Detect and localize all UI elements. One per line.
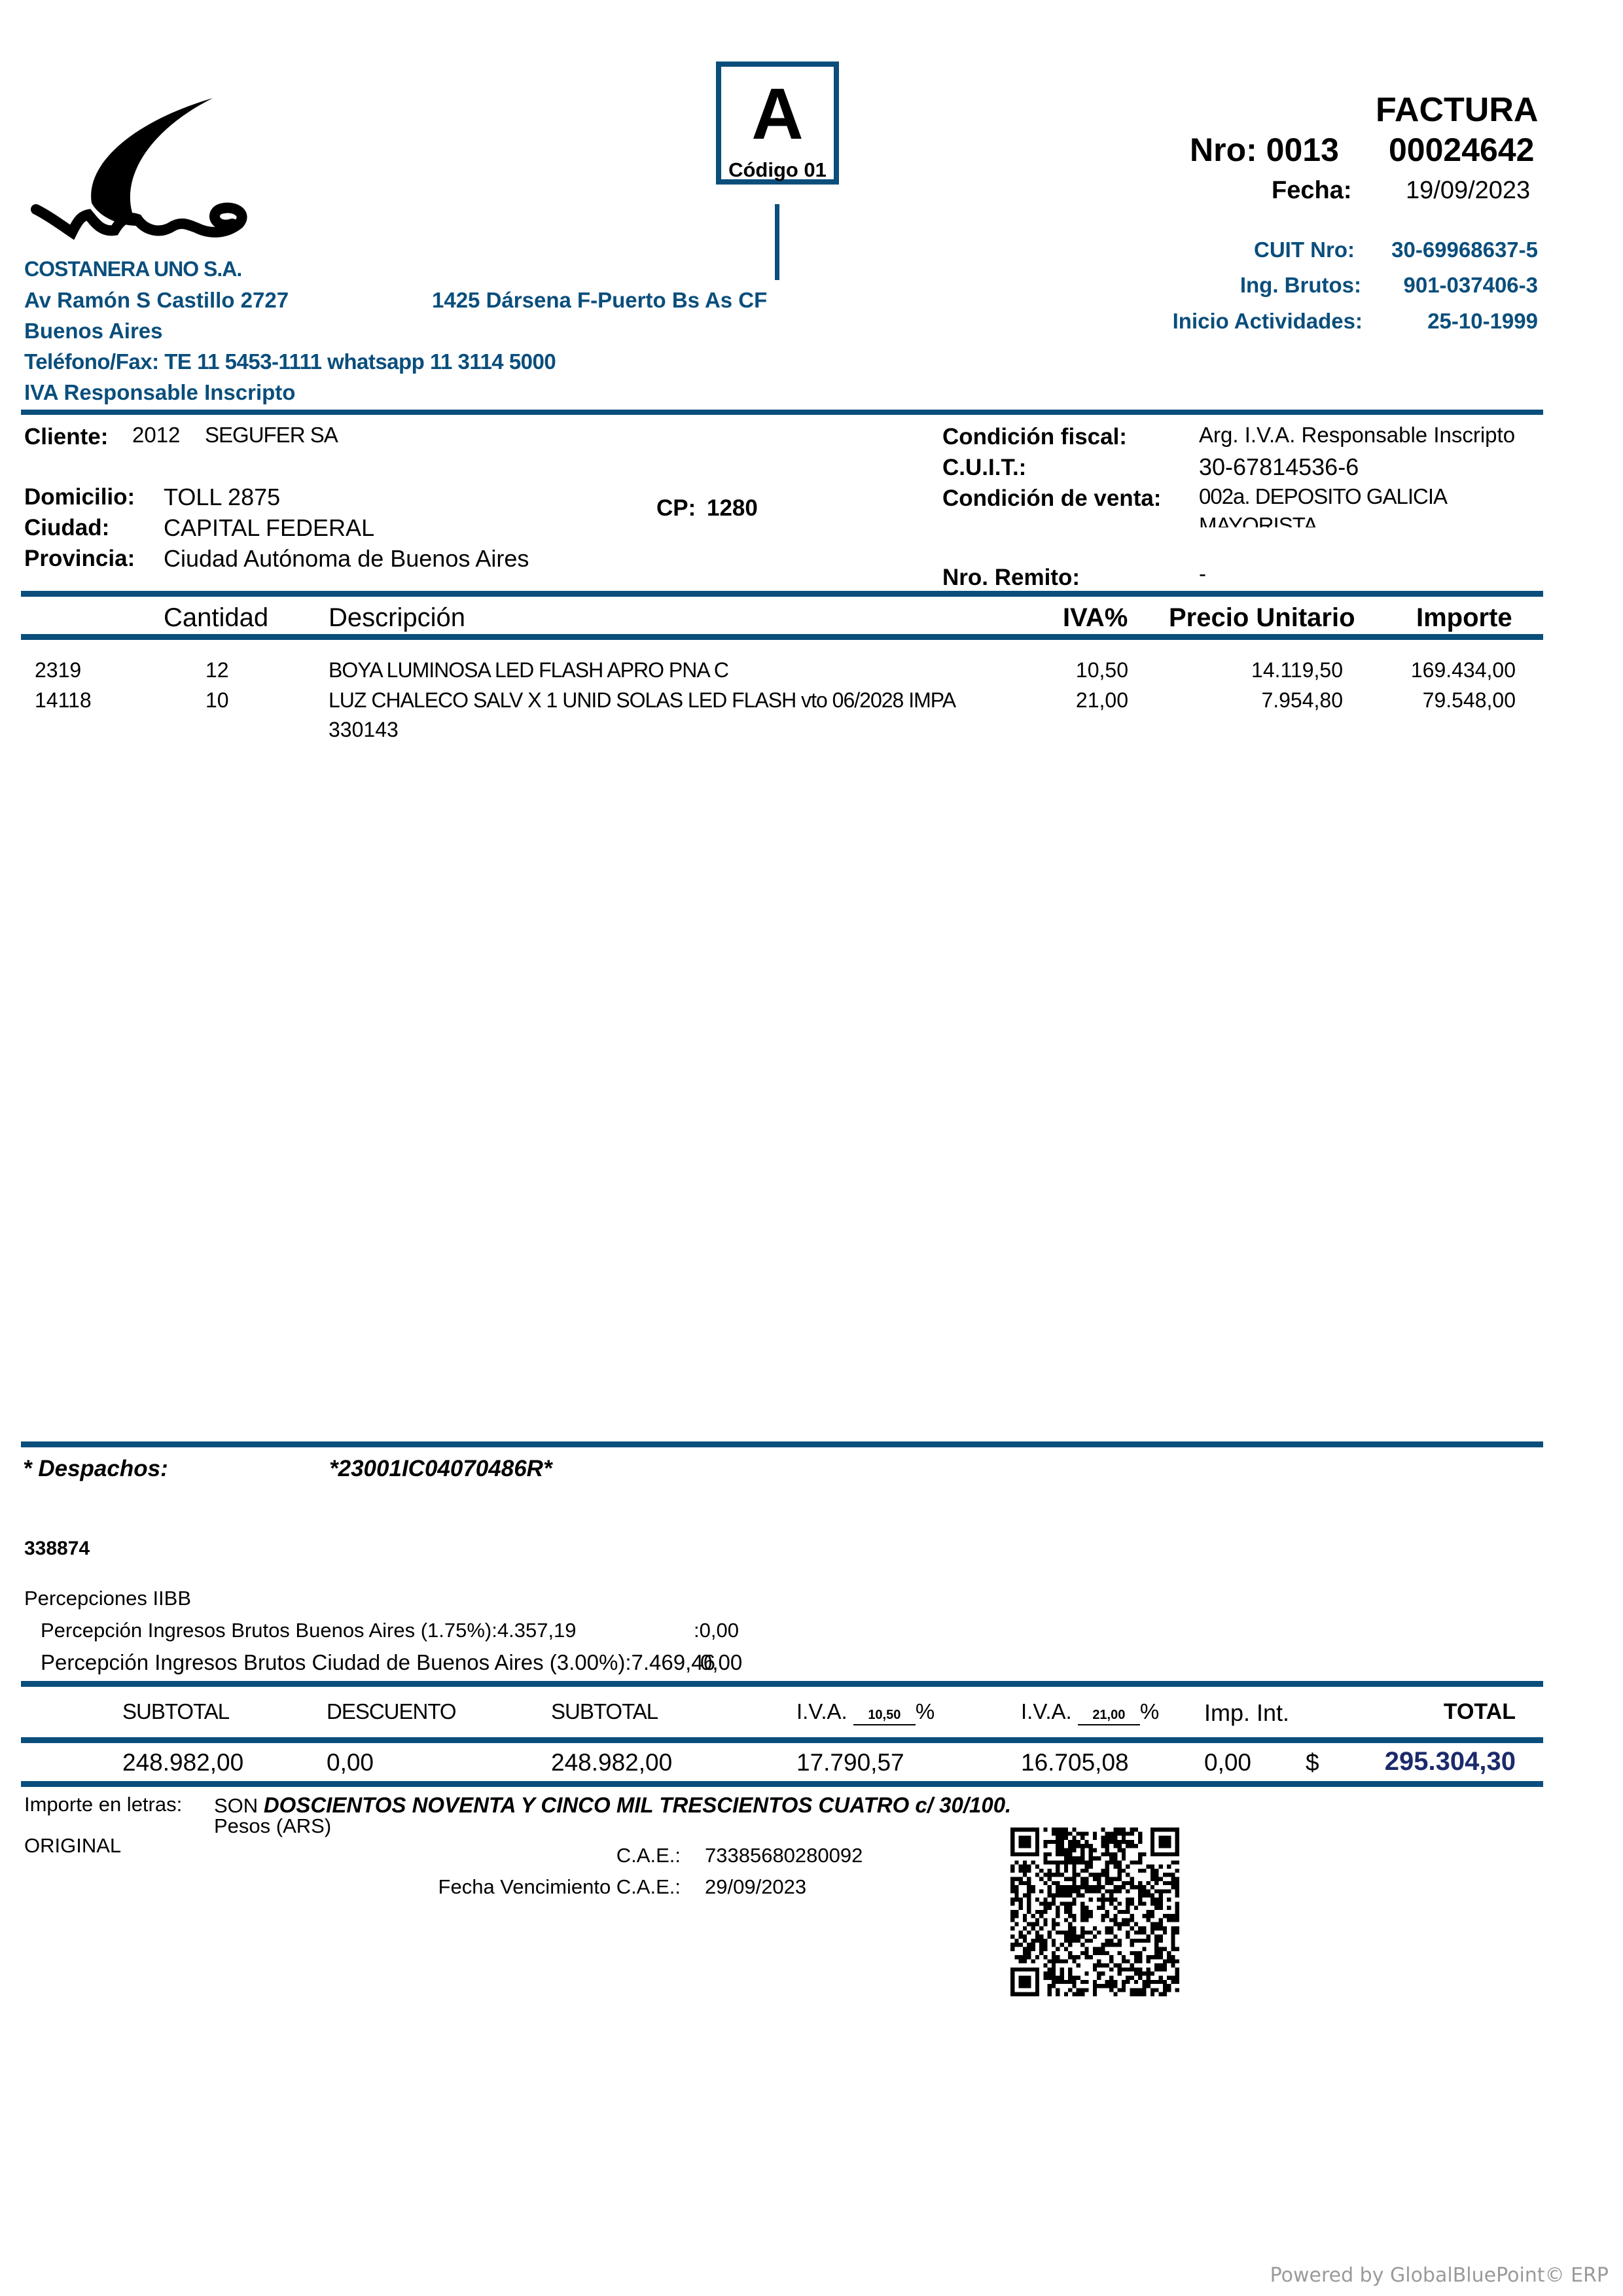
company-iva-condition: IVA Responsable Inscripto (24, 380, 295, 405)
invoice-type-letter: A (721, 79, 834, 150)
client-sale-condition-overflow: MAYORISTA (1199, 513, 1317, 527)
amount-words-currency: Pesos (ARS) (214, 1814, 331, 1838)
perceptions-title: Percepciones IIBB (24, 1587, 191, 1610)
client-code: 2012 (132, 423, 180, 448)
row-iva: 21,00 (1076, 688, 1128, 713)
impint-value: 0,00 (1204, 1749, 1251, 1776)
document-number: 00024642 (1389, 131, 1534, 169)
client-address-label: Domicilio: (24, 484, 135, 510)
iva1-label-text: I.V.A. (796, 1699, 847, 1723)
company-city: Buenos Aires (24, 319, 163, 344)
cae-label: C.A.E.: (616, 1844, 681, 1867)
divider-header (21, 410, 1543, 415)
divider-totals-top (21, 1681, 1543, 1687)
divider-totals-bottom (21, 1781, 1543, 1787)
client-name: SEGUFER SA (205, 423, 338, 448)
client-province: Ciudad Autónoma de Buenos Aires (164, 545, 529, 573)
copy-label: ORIGINAL (24, 1834, 121, 1858)
subtotal2-label: SUBTOTAL (551, 1699, 658, 1724)
divider-vertical (775, 204, 779, 280)
client-city: CAPITAL FEDERAL (164, 514, 374, 542)
issuer-iibb-label: Ing. Brutos: (1240, 273, 1361, 298)
col-importe: Importe (1416, 603, 1512, 633)
invoice-type-code: Código 01 (721, 158, 834, 182)
perception-caba-value: 0,00 (700, 1650, 742, 1675)
company-phone: Teléfono/Fax: TE 11 5453-1111 whatsapp 1… (24, 349, 556, 374)
row-amount: 79.548,00 (1423, 688, 1516, 713)
subtotal-label: SUBTOTAL (122, 1699, 229, 1724)
row-code: 14118 (35, 688, 92, 713)
despachos-label: * Despachos: (23, 1456, 168, 1482)
client-address: TOLL 2875 (164, 484, 280, 511)
amount-words: SON DOSCIENTOS NOVENTA Y CINCO MIL TRESC… (214, 1793, 1011, 1818)
document-point-of-sale: Nro: 0013 (1190, 131, 1339, 169)
discount-label: DESCUENTO (327, 1699, 456, 1724)
client-cp-label: CP: (656, 495, 696, 521)
col-precio: Precio Unitario (1169, 603, 1355, 633)
subtotal2-value: 248.982,00 (551, 1749, 672, 1776)
powered-by: Powered by GlobalBluePoint© ERP (1270, 2264, 1609, 2287)
company-address: Av Ramón S Castillo 2727 (24, 288, 289, 313)
client-fiscal-label: Condición fiscal: (942, 424, 1127, 450)
iva2-pct: % (1140, 1699, 1159, 1723)
client-sale-condition-line2: MAYORISTA (1199, 513, 1317, 527)
iva2-value: 16.705,08 (1021, 1749, 1129, 1776)
document-date-label: Fecha: (1272, 177, 1351, 205)
total-label: TOTAL (1444, 1699, 1516, 1725)
iva2-label-text: I.V.A. (1021, 1699, 1072, 1723)
row-description-cont: 330143 (329, 718, 399, 742)
perception-bsas-value: :0,00 (694, 1619, 739, 1642)
row-description: LUZ CHALECO SALV X 1 UNID SOLAS LED FLAS… (329, 688, 955, 713)
row-description: BOYA LUMINOSA LED FLASH APRO PNA C (329, 658, 728, 682)
client-fiscal: Arg. I.V.A. Responsable Inscripto (1199, 423, 1515, 448)
amount-words-text: DOSCIENTOS NOVENTA Y CINCO MIL TRESCIENT… (264, 1793, 1011, 1817)
table-header-top-rule (21, 591, 1543, 597)
company-name: COSTANERA UNO S.A. (24, 257, 241, 281)
col-cantidad: Cantidad (164, 603, 268, 633)
iva1-value: 17.790,57 (796, 1749, 904, 1776)
iva1-rate: 10,50 (868, 1708, 901, 1722)
company-postal-city: 1425 Dársena F-Puerto Bs As CF (432, 288, 767, 313)
amount-words-prefix: SON (214, 1794, 258, 1817)
document-date: 19/09/2023 (1406, 177, 1530, 205)
row-qty: 12 (205, 658, 229, 682)
row-code: 2319 (35, 658, 81, 682)
qr-code-icon[interactable] (1010, 1828, 1179, 1996)
client-province-label: Provincia: (24, 546, 135, 572)
cae-value: 73385680280092 (705, 1844, 863, 1867)
row-iva: 10,50 (1076, 658, 1128, 682)
impint-label: Imp. Int. (1204, 1699, 1289, 1727)
client-cuit: 30-67814536-6 (1199, 453, 1359, 481)
issuer-iibb: 901-037406-3 (1403, 273, 1538, 298)
currency-symbol: $ (1306, 1749, 1319, 1776)
total-value: 295.304,30 (1385, 1747, 1516, 1776)
remito-label: Nro. Remito: (942, 565, 1080, 591)
perception-bsas: Percepción Ingresos Brutos Buenos Aires … (41, 1619, 577, 1642)
reference-number: 338874 (24, 1538, 90, 1560)
client-cuit-label: C.U.I.T.: (942, 455, 1026, 481)
row-price: 7.954,80 (1261, 688, 1343, 713)
document-title: FACTURA (1376, 90, 1538, 130)
client-sale-condition: 002a. DEPOSITO GALICIA (1199, 484, 1447, 509)
discount-value: 0,00 (327, 1749, 374, 1776)
remito-value: - (1199, 561, 1206, 586)
row-price: 14.119,50 (1251, 658, 1343, 682)
despachos-value: *23001IC04070486R* (329, 1456, 552, 1482)
client-city-label: Ciudad: (24, 515, 109, 541)
issuer-start-date: 25-10-1999 (1427, 309, 1538, 334)
subtotal-value: 248.982,00 (122, 1749, 243, 1776)
iva1-label: I.V.A. 10,50 % (796, 1699, 935, 1725)
row-amount: 169.434,00 (1411, 658, 1516, 682)
client-sale-condition-label: Condición de venta: (942, 486, 1161, 512)
perception-caba: Percepción Ingresos Brutos Ciudad de Bue… (41, 1650, 715, 1675)
cae-due-label: Fecha Vencimiento C.A.E.: (438, 1875, 681, 1899)
client-cp: 1280 (707, 495, 758, 521)
col-iva: IVA% (1063, 603, 1128, 633)
issuer-cuit: 30-69968637-5 (1391, 238, 1538, 262)
iva2-rate: 21,00 (1092, 1708, 1125, 1722)
cae-due-value: 29/09/2023 (705, 1875, 806, 1899)
iva1-pct: % (916, 1699, 935, 1723)
amount-words-label: Importe en letras: (24, 1793, 182, 1816)
table-header-bottom-rule (21, 634, 1543, 640)
company-logo (23, 85, 272, 242)
client-label: Cliente: (24, 424, 108, 450)
issuer-cuit-label: CUIT Nro: (1254, 238, 1355, 262)
row-qty: 10 (205, 688, 229, 713)
invoice-type-box: A Código 01 (716, 62, 839, 185)
iva2-label: I.V.A. 21,00 % (1021, 1699, 1159, 1725)
divider-totals-mid (21, 1737, 1543, 1743)
divider-notes (21, 1441, 1543, 1447)
col-descripcion: Descripción (329, 603, 465, 633)
issuer-start-label: Inicio Actividades: (1173, 309, 1363, 334)
